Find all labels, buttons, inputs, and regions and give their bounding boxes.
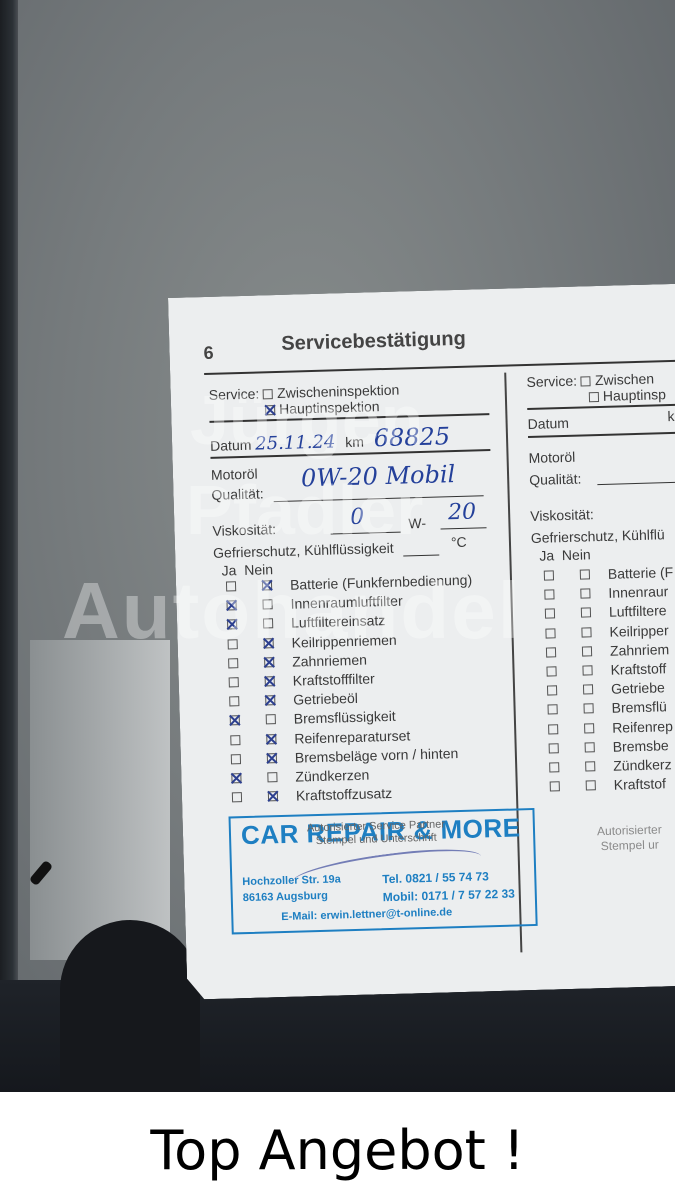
nein-label: Nein (244, 561, 273, 578)
service-booklet-page: 6 Servicebestätigung Service: Zwischenin… (168, 282, 675, 999)
checkbox-ja (229, 696, 239, 706)
checklist-label: Luftfiltere (609, 603, 667, 621)
checkbox-nein (581, 627, 591, 637)
service-label: Service: (208, 385, 259, 402)
viskositaet-label: Viskosität: (212, 521, 276, 539)
checklist-label: Getriebeöl (293, 690, 358, 708)
checkbox-ja (544, 570, 554, 580)
option-zwischeninspektion: Zwischeninspektion (277, 382, 400, 401)
date-label: Datum (527, 415, 569, 432)
stamp-city: 86163 Augsburg (243, 890, 328, 904)
checkbox-ja (550, 781, 560, 791)
checkbox-ja (547, 685, 557, 695)
checklist-item: Kraftstofffilter (217, 675, 218, 694)
checkbox-nein (268, 791, 278, 801)
checkbox-nein (582, 665, 592, 675)
checkbox-nein (583, 704, 593, 714)
checklist-label: Reifenreparaturset (294, 727, 410, 746)
qualitaet-value: 0W-20 Mobil (301, 460, 456, 492)
checkbox-ja (545, 609, 555, 619)
option-hauptinspektion: Hauptinspektion (279, 398, 380, 417)
checklist-label: Getriebe (611, 679, 665, 696)
checkbox-ja (229, 677, 239, 687)
checklist-label: Bremsflü (611, 699, 667, 717)
checklist-item: Batterie (F (532, 568, 533, 587)
checklist-item: Zahnriemen (216, 656, 217, 675)
stamp-email: E-Mail: erwin.lettner@t-online.de (281, 906, 452, 923)
checkbox-nein (580, 569, 590, 579)
checklist-item: Zündkerzen (219, 771, 220, 790)
qualitaet-label: Qualität: (211, 485, 264, 502)
checkbox-nein (262, 580, 272, 590)
checkbox-zwischeninspektion (263, 389, 273, 399)
checkbox-nein (266, 715, 276, 725)
checklist-label: Kraftstoff (610, 660, 666, 678)
checkbox-nein (265, 676, 275, 686)
checklist-item: Kraftstoffzusatz (220, 790, 221, 809)
checkbox-ja (228, 639, 238, 649)
motoroel-label: Motoröl (528, 449, 575, 466)
checklist-item: Batterie (Funkfernbedienung) (214, 579, 215, 598)
motoroel-label: Motoröl (211, 466, 258, 483)
checklist-item: Keilripper (533, 626, 534, 645)
checklist-item: Innenraur (532, 587, 533, 606)
thumb (60, 920, 200, 1092)
gefrierschutz-label: Gefrierschutz, Kühlflüssigkeit (213, 540, 394, 561)
checkbox-nein (582, 646, 592, 656)
checkbox-nein (585, 761, 595, 771)
viskositaet-value-2: 20 (448, 499, 477, 525)
checklist-label: Kraftstofffilter (293, 670, 375, 688)
checkbox-ja (231, 754, 241, 764)
checklist-item: Getriebe (535, 683, 536, 702)
checkbox-ja (545, 628, 555, 638)
checklist-item: Innenraumluftfilter (214, 598, 215, 617)
checklist-item: Reifenreparaturset (218, 732, 219, 751)
date-label: Datum (210, 437, 252, 454)
checkbox-ja (228, 658, 238, 668)
background-light (30, 640, 170, 960)
checklist-item: Luftfiltereinsatz (215, 617, 216, 636)
checkbox-nein (586, 780, 596, 790)
service-entry-right: Service: Zwischen Hauptinsp Datum kr Mot… (526, 367, 675, 374)
ja-nein-header: Ja Nein (539, 546, 591, 563)
checkbox-nein (581, 608, 591, 618)
checklist-label: Innenraumluftfilter (290, 593, 402, 612)
checkbox-nein (580, 589, 590, 599)
checklist-label: Zündkerz (613, 756, 672, 774)
nein-label: Nein (562, 546, 591, 563)
stamp-mobile: Mobil: 0171 / 7 57 22 33 (383, 887, 515, 905)
checkbox-ja (227, 620, 237, 630)
stamp-phone: Tel. 0821 / 55 74 73 (382, 869, 489, 886)
checkbox-nein (585, 742, 595, 752)
checklist-label: Keilrippenriemen (291, 631, 396, 650)
gefrierschutz-label: Gefrierschutz, Kühlflü (531, 526, 665, 546)
ja-nein-header: Ja Nein (221, 561, 273, 578)
stamp-caption: Autorisierter Stempel ur (597, 822, 662, 854)
underline (331, 532, 401, 535)
checklist-item: Luftfiltere (533, 606, 534, 625)
underline (597, 479, 675, 485)
checkbox-nein (264, 638, 274, 648)
checklist-item: Kraftstoff (534, 664, 535, 683)
checklist-item: Bremsbeläge vorn / hinten (219, 752, 220, 771)
checkbox-nein (265, 695, 275, 705)
checkbox-nein (263, 619, 273, 629)
km-value: 68825 (373, 422, 450, 452)
checkbox-ja (548, 724, 558, 734)
checklist-item: Bremsflüssigkeit (218, 713, 219, 732)
qualitaet-label: Qualität: (529, 471, 582, 488)
checklist-label: Batterie (F (608, 564, 674, 582)
checkbox-nein (584, 723, 594, 733)
photo: 6 Servicebestätigung Service: Zwischenin… (0, 0, 675, 1092)
km-label: km (345, 434, 364, 451)
checkbox-ja (546, 647, 556, 657)
service-label: Service: (526, 373, 577, 390)
checklist-label: Luftfiltereinsatz (291, 612, 386, 631)
underline (441, 527, 487, 530)
checkbox-nein (266, 734, 276, 744)
checklist-label: Batterie (Funkfernbedienung) (290, 572, 472, 593)
km-label: kr (667, 408, 675, 424)
option-zwischeninspektion: Zwischen (595, 370, 655, 388)
checkbox-ja (226, 581, 236, 591)
ja-label: Ja (221, 562, 236, 578)
checklist-label: Bremsflüssigkeit (294, 708, 396, 727)
checkbox-ja (232, 792, 242, 802)
service-row-2: Hauptinspektion (265, 398, 380, 417)
checklist-item: Bremsflü (535, 702, 536, 721)
checklist-label: Zündkerzen (295, 767, 369, 785)
viskositaet-label: Viskosität: (530, 506, 594, 524)
checklist-item: Kraftstof (538, 779, 539, 798)
checklist-item: Zündkerz (537, 760, 538, 779)
ja-label: Ja (539, 547, 554, 563)
viskositaet-value-1: 0 (350, 505, 365, 530)
checkbox-hauptinspektion (265, 405, 275, 415)
service-row-2: Hauptinsp (589, 386, 666, 404)
checklist-label: Keilripper (609, 622, 669, 640)
checklist-item: Reifenrep (536, 721, 537, 740)
checklist-label: Zahnriem (610, 641, 670, 659)
underline (403, 555, 439, 557)
caption: Top Angebot ! (0, 1100, 675, 1200)
checkbox-ja (231, 773, 241, 783)
checklist-item: Zahnriem (534, 645, 535, 664)
checkbox-ja (230, 735, 240, 745)
checklist-label: Bremsbe (612, 737, 668, 755)
checkbox-nein (262, 599, 272, 609)
stamp-caption-line2: Stempel ur (597, 837, 662, 854)
checkbox-nein (267, 753, 277, 763)
checkbox-ja (230, 716, 240, 726)
option-hauptinspektion: Hauptinsp (603, 386, 666, 404)
checkbox-ja (549, 762, 559, 772)
page-title: Servicebestätigung (281, 328, 466, 356)
checkbox-zwischeninspektion (581, 377, 591, 387)
service-entry-left: Service: Zwischeninspektion Hauptinspekt… (208, 375, 498, 383)
checkbox-ja (548, 705, 558, 715)
checkbox-nein (583, 684, 593, 694)
checkbox-ja (226, 600, 236, 610)
viskositaet-w: W- (408, 515, 426, 531)
dealer-stamp: CAR REPAIR & MORE Autorisierter Service … (229, 808, 538, 934)
checkbox-ja (549, 743, 559, 753)
checklist-item: Keilrippenriemen (215, 636, 216, 655)
checkbox-nein (264, 657, 274, 667)
date-value: 25.11.24 (255, 431, 336, 454)
stamp-caption: Autorisierter Service Partner Stempel un… (307, 818, 446, 848)
checkbox-ja (546, 666, 556, 676)
checklist-label: Kraftstoffzusatz (296, 785, 393, 804)
checklist-label: Bremsbeläge vorn / hinten (295, 745, 459, 766)
checkbox-ja (544, 590, 554, 600)
checklist-item: Bremsbe (537, 741, 538, 760)
gefrierschutz-unit: °C (451, 534, 467, 550)
checklist-label: Zahnriemen (292, 651, 367, 669)
checklist-item: Getriebeöl (217, 694, 218, 713)
photo-edge (0, 0, 18, 1092)
checkbox-hauptinspektion (589, 392, 599, 402)
checklist-label: Reifenrep (612, 718, 673, 736)
page-number: 6 (203, 343, 214, 364)
checkbox-nein (267, 772, 277, 782)
checklist-label: Innenraur (608, 583, 668, 601)
checklist-label: Kraftstof (614, 775, 667, 792)
